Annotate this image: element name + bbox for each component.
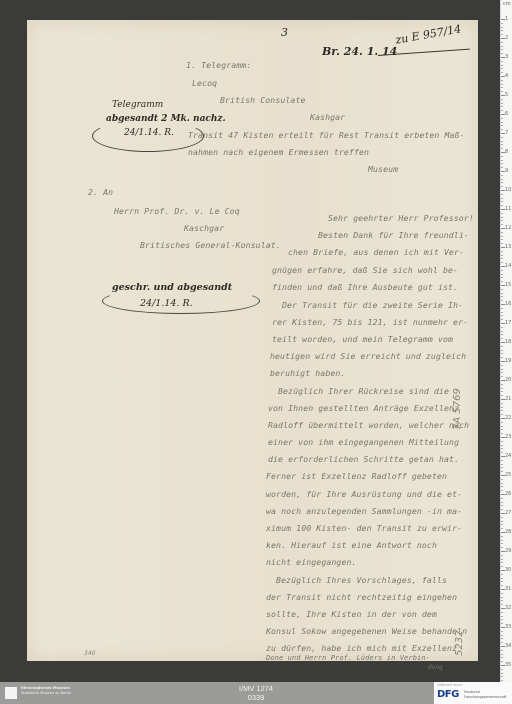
ruler-minor-tick bbox=[501, 122, 503, 123]
ruler-minor-tick bbox=[501, 308, 503, 309]
funder-name-1: Deutsche bbox=[464, 690, 480, 694]
ruler-minor-tick bbox=[501, 638, 503, 639]
ruler-minor-tick bbox=[501, 23, 503, 24]
ruler-minor-tick bbox=[501, 110, 503, 111]
ruler-minor-tick bbox=[501, 182, 503, 183]
ruler-minor-tick bbox=[501, 555, 503, 556]
ruler-minor-tick bbox=[501, 148, 503, 149]
letter-line: teilt worden, und mein Telegramm vom bbox=[272, 334, 453, 344]
ruler-minor-tick bbox=[501, 669, 503, 670]
ruler-minor-tick bbox=[501, 467, 503, 468]
ruler-minor-tick bbox=[501, 160, 503, 161]
ruler-minor-tick bbox=[501, 61, 503, 62]
ruler-label: 24 bbox=[505, 453, 511, 459]
ruler-minor-tick bbox=[501, 673, 503, 674]
ruler-minor-tick bbox=[501, 547, 503, 548]
ruler-minor-tick bbox=[501, 80, 503, 81]
ruler-minor-tick bbox=[501, 357, 503, 358]
ruler-minor-tick bbox=[501, 201, 503, 202]
ruler-minor-tick bbox=[501, 194, 503, 195]
ruler-minor-tick bbox=[501, 505, 503, 506]
ruler-minor-tick bbox=[501, 175, 503, 176]
ruler-label: 22 bbox=[505, 415, 511, 421]
ruler-label: 16 bbox=[505, 301, 511, 307]
ruler-minor-tick bbox=[501, 87, 503, 88]
ruler-minor-tick bbox=[501, 528, 503, 529]
ruler-minor-tick bbox=[501, 338, 503, 339]
ruler-minor-tick bbox=[501, 106, 503, 107]
telegram-body-line-2: nahmen nach eigenem Ermessen treffen bbox=[188, 147, 369, 157]
ruler-label: 21 bbox=[505, 396, 511, 402]
shelfmark: I/MV 1274 bbox=[236, 684, 276, 693]
dfg-logo: Gefördert durch DFG Deutsche Forschungsg… bbox=[434, 682, 512, 704]
letter-line: zu dürfen, habe ich mich mit Exzellenz bbox=[266, 643, 457, 653]
ruler-label: 3 bbox=[505, 54, 508, 60]
ruler-label: 8 bbox=[505, 149, 508, 155]
ruler-label: 15 bbox=[505, 282, 511, 288]
ruler-minor-tick bbox=[501, 262, 503, 263]
letter-line: Besten Dank für Ihre freundli- bbox=[318, 230, 469, 240]
ruler-minor-tick bbox=[501, 657, 503, 658]
ruler-minor-tick bbox=[501, 509, 503, 510]
ruler-label: 30 bbox=[505, 567, 511, 573]
ruler-minor-tick bbox=[501, 619, 503, 620]
letter-line: beruhigt haben. bbox=[270, 368, 345, 378]
ruler-label: 7 bbox=[505, 130, 508, 136]
ruler-minor-tick bbox=[501, 353, 503, 354]
ruler-minor-tick bbox=[501, 566, 503, 567]
ruler-minor-tick bbox=[501, 517, 503, 518]
telegram-address-1: British Consulate bbox=[220, 95, 306, 105]
ruler-label: 27 bbox=[505, 510, 511, 516]
ruler-minor-tick bbox=[501, 232, 503, 233]
shelfmark-block: I/MV 1274 0339 bbox=[236, 684, 276, 702]
ruler-minor-tick bbox=[501, 498, 503, 499]
ruler-minor-tick bbox=[501, 296, 503, 297]
ruler-minor-tick bbox=[501, 30, 503, 31]
ruler-minor-tick bbox=[501, 490, 503, 491]
ruler-minor-tick bbox=[501, 255, 503, 256]
ruler-minor-tick bbox=[501, 49, 503, 50]
margin-note-2-oval bbox=[102, 288, 260, 314]
ruler-minor-tick bbox=[501, 578, 503, 579]
ruler-label: 35 bbox=[505, 662, 511, 668]
ruler-minor-tick bbox=[501, 236, 503, 237]
museum-logo-icon bbox=[5, 687, 17, 699]
ruler-minor-tick bbox=[501, 574, 503, 575]
letter-line: Ferner ist Exzellenz Radloff gebeten bbox=[266, 471, 447, 481]
letter-line: worden, für Ihre Ausrüstung und die et- bbox=[266, 489, 462, 499]
ruler-minor-tick bbox=[501, 452, 503, 453]
ruler-minor-tick bbox=[501, 179, 503, 180]
ruler-label: 20 bbox=[505, 377, 511, 383]
ruler-label: 12 bbox=[505, 225, 511, 231]
ruler-minor-tick bbox=[501, 156, 503, 157]
ruler-minor-tick bbox=[501, 137, 503, 138]
ruler-minor-tick bbox=[501, 676, 503, 677]
ruler-minor-tick bbox=[501, 384, 503, 385]
ruler-minor-tick bbox=[501, 616, 503, 617]
ruler-minor-tick bbox=[501, 502, 503, 503]
ruler-label: 10 bbox=[505, 187, 511, 193]
telegram-address-2: Kashgar bbox=[310, 112, 345, 122]
letter-line: sollte, Ihre Kisten in der von dem bbox=[266, 609, 437, 619]
letter-line: der Transit nicht rechtzeitig eingehen bbox=[266, 592, 457, 602]
footer-bar: Ethnologisches Museum Staatliche Museen … bbox=[0, 682, 512, 704]
side-annotation-lower: 5232 bbox=[454, 631, 465, 656]
ruler-minor-tick bbox=[501, 205, 503, 206]
ruler-label: 9 bbox=[505, 168, 508, 174]
letter-recipient: Herrn Prof. Dr. v. Le Coq bbox=[114, 206, 240, 216]
ruler-minor-tick bbox=[501, 68, 503, 69]
ruler-minor-tick bbox=[501, 642, 503, 643]
ruler-minor-tick bbox=[501, 597, 503, 598]
letter-line: Der Transit für die zweite Serie Ih- bbox=[282, 300, 463, 310]
letter-line: gnügen erfahre, daß Sie sich wohl be- bbox=[272, 265, 458, 275]
ruler-minor-tick bbox=[501, 334, 503, 335]
letter-line: Radloff übermittelt worden, welcher nach bbox=[268, 420, 469, 430]
letter-line: nicht eingegangen. bbox=[266, 557, 357, 567]
ruler-label: 11 bbox=[505, 206, 511, 212]
ruler-minor-tick bbox=[501, 34, 503, 35]
letter-line: chen Briefe, aus denen ich mit Ver- bbox=[288, 247, 464, 257]
ruler-minor-tick bbox=[501, 167, 503, 168]
ruler-minor-tick bbox=[501, 224, 503, 225]
ruler-minor-tick bbox=[501, 654, 503, 655]
ruler-minor-tick bbox=[501, 422, 503, 423]
ruler-minor-tick bbox=[501, 540, 503, 541]
ruler-minor-tick bbox=[501, 403, 503, 404]
letter-line: Done und Herrn Prof. Lüders in Verbin- bbox=[266, 654, 430, 662]
bottom-pencil-number: 340 bbox=[84, 650, 95, 657]
scale-ruler: cm 1234567891011121314151617181920212223… bbox=[500, 0, 512, 684]
letter-line: finden und daß Ihre Ausbeute gut ist. bbox=[272, 282, 458, 292]
letter-line: Bezüglich Ihres Vorschlages, falls bbox=[276, 575, 447, 585]
ruler-minor-tick bbox=[501, 46, 503, 47]
ruler-minor-tick bbox=[501, 388, 503, 389]
ruler-label: 13 bbox=[505, 244, 511, 250]
ruler-minor-tick bbox=[501, 524, 503, 525]
ruler-label: 25 bbox=[505, 472, 511, 478]
letter-line: heutigen wird Sie erreicht und zugleich bbox=[270, 351, 466, 361]
ruler-minor-tick bbox=[501, 274, 503, 275]
ruler-label: 2 bbox=[505, 35, 508, 41]
ruler-minor-tick bbox=[501, 99, 503, 100]
letter-line: Bezüglich Ihrer Rückreise sind die bbox=[278, 386, 449, 396]
ruler-label: 19 bbox=[505, 358, 511, 364]
ruler-minor-tick bbox=[501, 429, 503, 430]
letter-line: von Ihnen gestellten Anträge Exzellenz bbox=[268, 403, 459, 413]
page-number: 3 bbox=[281, 26, 288, 39]
ruler-minor-tick bbox=[501, 426, 503, 427]
ruler-minor-tick bbox=[501, 471, 503, 472]
ruler-minor-tick bbox=[501, 593, 503, 594]
letter-line: Sehr geehrter Herr Professor! bbox=[328, 213, 474, 223]
ruler-minor-tick bbox=[501, 483, 503, 484]
ruler-minor-tick bbox=[501, 635, 503, 636]
telegram-signature: Museum bbox=[368, 164, 398, 174]
letter-line: die erforderlichen Schritte getan hat. bbox=[268, 454, 459, 464]
ruler-label: 23 bbox=[505, 434, 511, 440]
letter-line: einer von ihm eingegangenen Mitteilung bbox=[268, 437, 459, 447]
ruler-minor-tick bbox=[501, 407, 503, 408]
ruler-minor-tick bbox=[501, 395, 503, 396]
ruler-minor-tick bbox=[501, 376, 503, 377]
ruler-minor-tick bbox=[501, 281, 503, 282]
ruler-minor-tick bbox=[501, 315, 503, 316]
letter-line: ximum 100 Kisten- den Transit zu erwir- bbox=[266, 523, 462, 533]
ruler-label: 31 bbox=[505, 586, 511, 592]
ruler-minor-tick bbox=[501, 72, 503, 73]
ruler-minor-tick bbox=[501, 460, 503, 461]
telegram-recipient: Lecoq bbox=[192, 78, 217, 88]
letter-consulate: Britisches General-Konsulat. bbox=[140, 240, 281, 250]
ruler-minor-tick bbox=[501, 600, 503, 601]
ruler-label: 32 bbox=[505, 605, 511, 611]
ruler-label: 4 bbox=[505, 73, 508, 79]
ruler-minor-tick bbox=[501, 84, 503, 85]
ruler-minor-tick bbox=[501, 186, 503, 187]
ruler-minor-tick bbox=[501, 270, 503, 271]
ruler-minor-tick bbox=[501, 410, 503, 411]
margin-note-1-line-1: Telegramm bbox=[112, 100, 163, 110]
ruler-minor-tick bbox=[501, 448, 503, 449]
telegram-body-line-1: Transit 47 Kisten erteilt für Rest Trans… bbox=[188, 130, 465, 140]
ruler-minor-tick bbox=[501, 581, 503, 582]
ruler-minor-tick bbox=[501, 365, 503, 366]
ruler-minor-tick bbox=[501, 239, 503, 240]
ruler-minor-tick bbox=[501, 372, 503, 373]
ruler-label: 28 bbox=[505, 529, 511, 535]
ruler-minor-tick bbox=[501, 650, 503, 651]
funder-label: Gefördert durch bbox=[437, 683, 462, 687]
ruler-label: 5 bbox=[505, 92, 508, 98]
ruler-minor-tick bbox=[501, 42, 503, 43]
ruler-minor-tick bbox=[501, 144, 503, 145]
ruler-minor-tick bbox=[501, 433, 503, 434]
ruler-minor-tick bbox=[501, 125, 503, 126]
dfg-mark-icon: DFG bbox=[437, 689, 459, 700]
ruler-minor-tick bbox=[501, 198, 503, 199]
ruler-minor-tick bbox=[501, 118, 503, 119]
image-number: 0339 bbox=[236, 693, 276, 702]
ruler-minor-tick bbox=[501, 604, 503, 605]
side-annotation-upper: 7A 5769 bbox=[452, 388, 463, 430]
ruler-label: 29 bbox=[505, 548, 511, 554]
ruler-minor-tick bbox=[501, 391, 503, 392]
ruler-minor-tick bbox=[501, 346, 503, 347]
ruler-minor-tick bbox=[501, 369, 503, 370]
margin-note-1-oval bbox=[92, 120, 204, 152]
ruler-minor-tick bbox=[501, 277, 503, 278]
funder-name-2: Forschungsgemeinschaft bbox=[464, 695, 506, 699]
ruler-minor-tick bbox=[501, 331, 503, 332]
letter-heading: 2. An bbox=[88, 187, 113, 197]
ruler-minor-tick bbox=[501, 414, 503, 415]
telegram-heading: 1. Telegramm: bbox=[186, 60, 251, 70]
ruler-minor-tick bbox=[501, 543, 503, 544]
museum-sub: Staatliche Museen zu Berlin bbox=[21, 691, 71, 696]
ruler-label: 34 bbox=[505, 643, 511, 649]
ruler-minor-tick bbox=[501, 661, 503, 662]
ruler-minor-tick bbox=[501, 312, 503, 313]
letter-line: rer Kisten, 75 bis 121, ist nunmehr er- bbox=[272, 317, 468, 327]
ruler-minor-tick bbox=[501, 585, 503, 586]
ruler-minor-tick bbox=[501, 631, 503, 632]
ruler-minor-tick bbox=[501, 559, 503, 560]
ruler-label: 1 bbox=[505, 16, 508, 22]
ruler-minor-tick bbox=[501, 300, 503, 301]
ruler-label: 33 bbox=[505, 624, 511, 630]
ruler-label: 6 bbox=[505, 111, 508, 117]
ruler-minor-tick bbox=[501, 258, 503, 259]
ruler-unit: cm bbox=[503, 1, 511, 7]
ruler-minor-tick bbox=[501, 251, 503, 252]
ruler-minor-tick bbox=[501, 27, 503, 28]
letter-city: Kaschgar bbox=[184, 223, 224, 233]
ruler-minor-tick bbox=[501, 220, 503, 221]
ruler-minor-tick bbox=[501, 441, 503, 442]
ruler-minor-tick bbox=[501, 327, 503, 328]
ruler-minor-tick bbox=[501, 103, 503, 104]
ruler-label: 18 bbox=[505, 339, 511, 345]
ruler-minor-tick bbox=[501, 319, 503, 320]
ruler-minor-tick bbox=[501, 612, 503, 613]
ruler-minor-tick bbox=[501, 293, 503, 294]
ruler-minor-tick bbox=[501, 53, 503, 54]
ruler-minor-tick bbox=[501, 141, 503, 142]
ruler-minor-tick bbox=[501, 65, 503, 66]
ruler-minor-tick bbox=[501, 464, 503, 465]
letter-line: ken. Hierauf ist eine Antwort noch bbox=[266, 540, 437, 550]
ruler-minor-tick bbox=[501, 486, 503, 487]
ruler-minor-tick bbox=[501, 479, 503, 480]
museum-credit: Ethnologisches Museum Staatliche Museen … bbox=[21, 686, 71, 696]
ruler-minor-tick bbox=[501, 562, 503, 563]
ruler-minor-tick bbox=[501, 243, 503, 244]
ruler-minor-tick bbox=[501, 129, 503, 130]
ruler-minor-tick bbox=[501, 91, 503, 92]
letter-line: dung bbox=[428, 664, 443, 671]
funder-name: Deutsche Forschungsgemeinschaft bbox=[464, 690, 506, 699]
ruler-minor-tick bbox=[501, 213, 503, 214]
date-handwritten: Br. 24. 1. 14 bbox=[322, 45, 397, 58]
ruler-minor-tick bbox=[501, 445, 503, 446]
ruler-minor-tick bbox=[501, 623, 503, 624]
ruler-minor-tick bbox=[501, 536, 503, 537]
ruler-label: 14 bbox=[505, 263, 511, 269]
letter-line: Konsul Sokow angegebenen Weise behandeln bbox=[266, 626, 467, 636]
ruler-minor-tick bbox=[501, 521, 503, 522]
ruler-minor-tick bbox=[501, 350, 503, 351]
ruler-label: 17 bbox=[505, 320, 511, 326]
ruler-label: 26 bbox=[505, 491, 511, 497]
ruler-minor-tick bbox=[501, 217, 503, 218]
letter-line: wa noch anzulegenden Sammlungen -in ma- bbox=[266, 506, 462, 516]
ruler-minor-tick bbox=[501, 289, 503, 290]
ruler-minor-tick bbox=[501, 163, 503, 164]
